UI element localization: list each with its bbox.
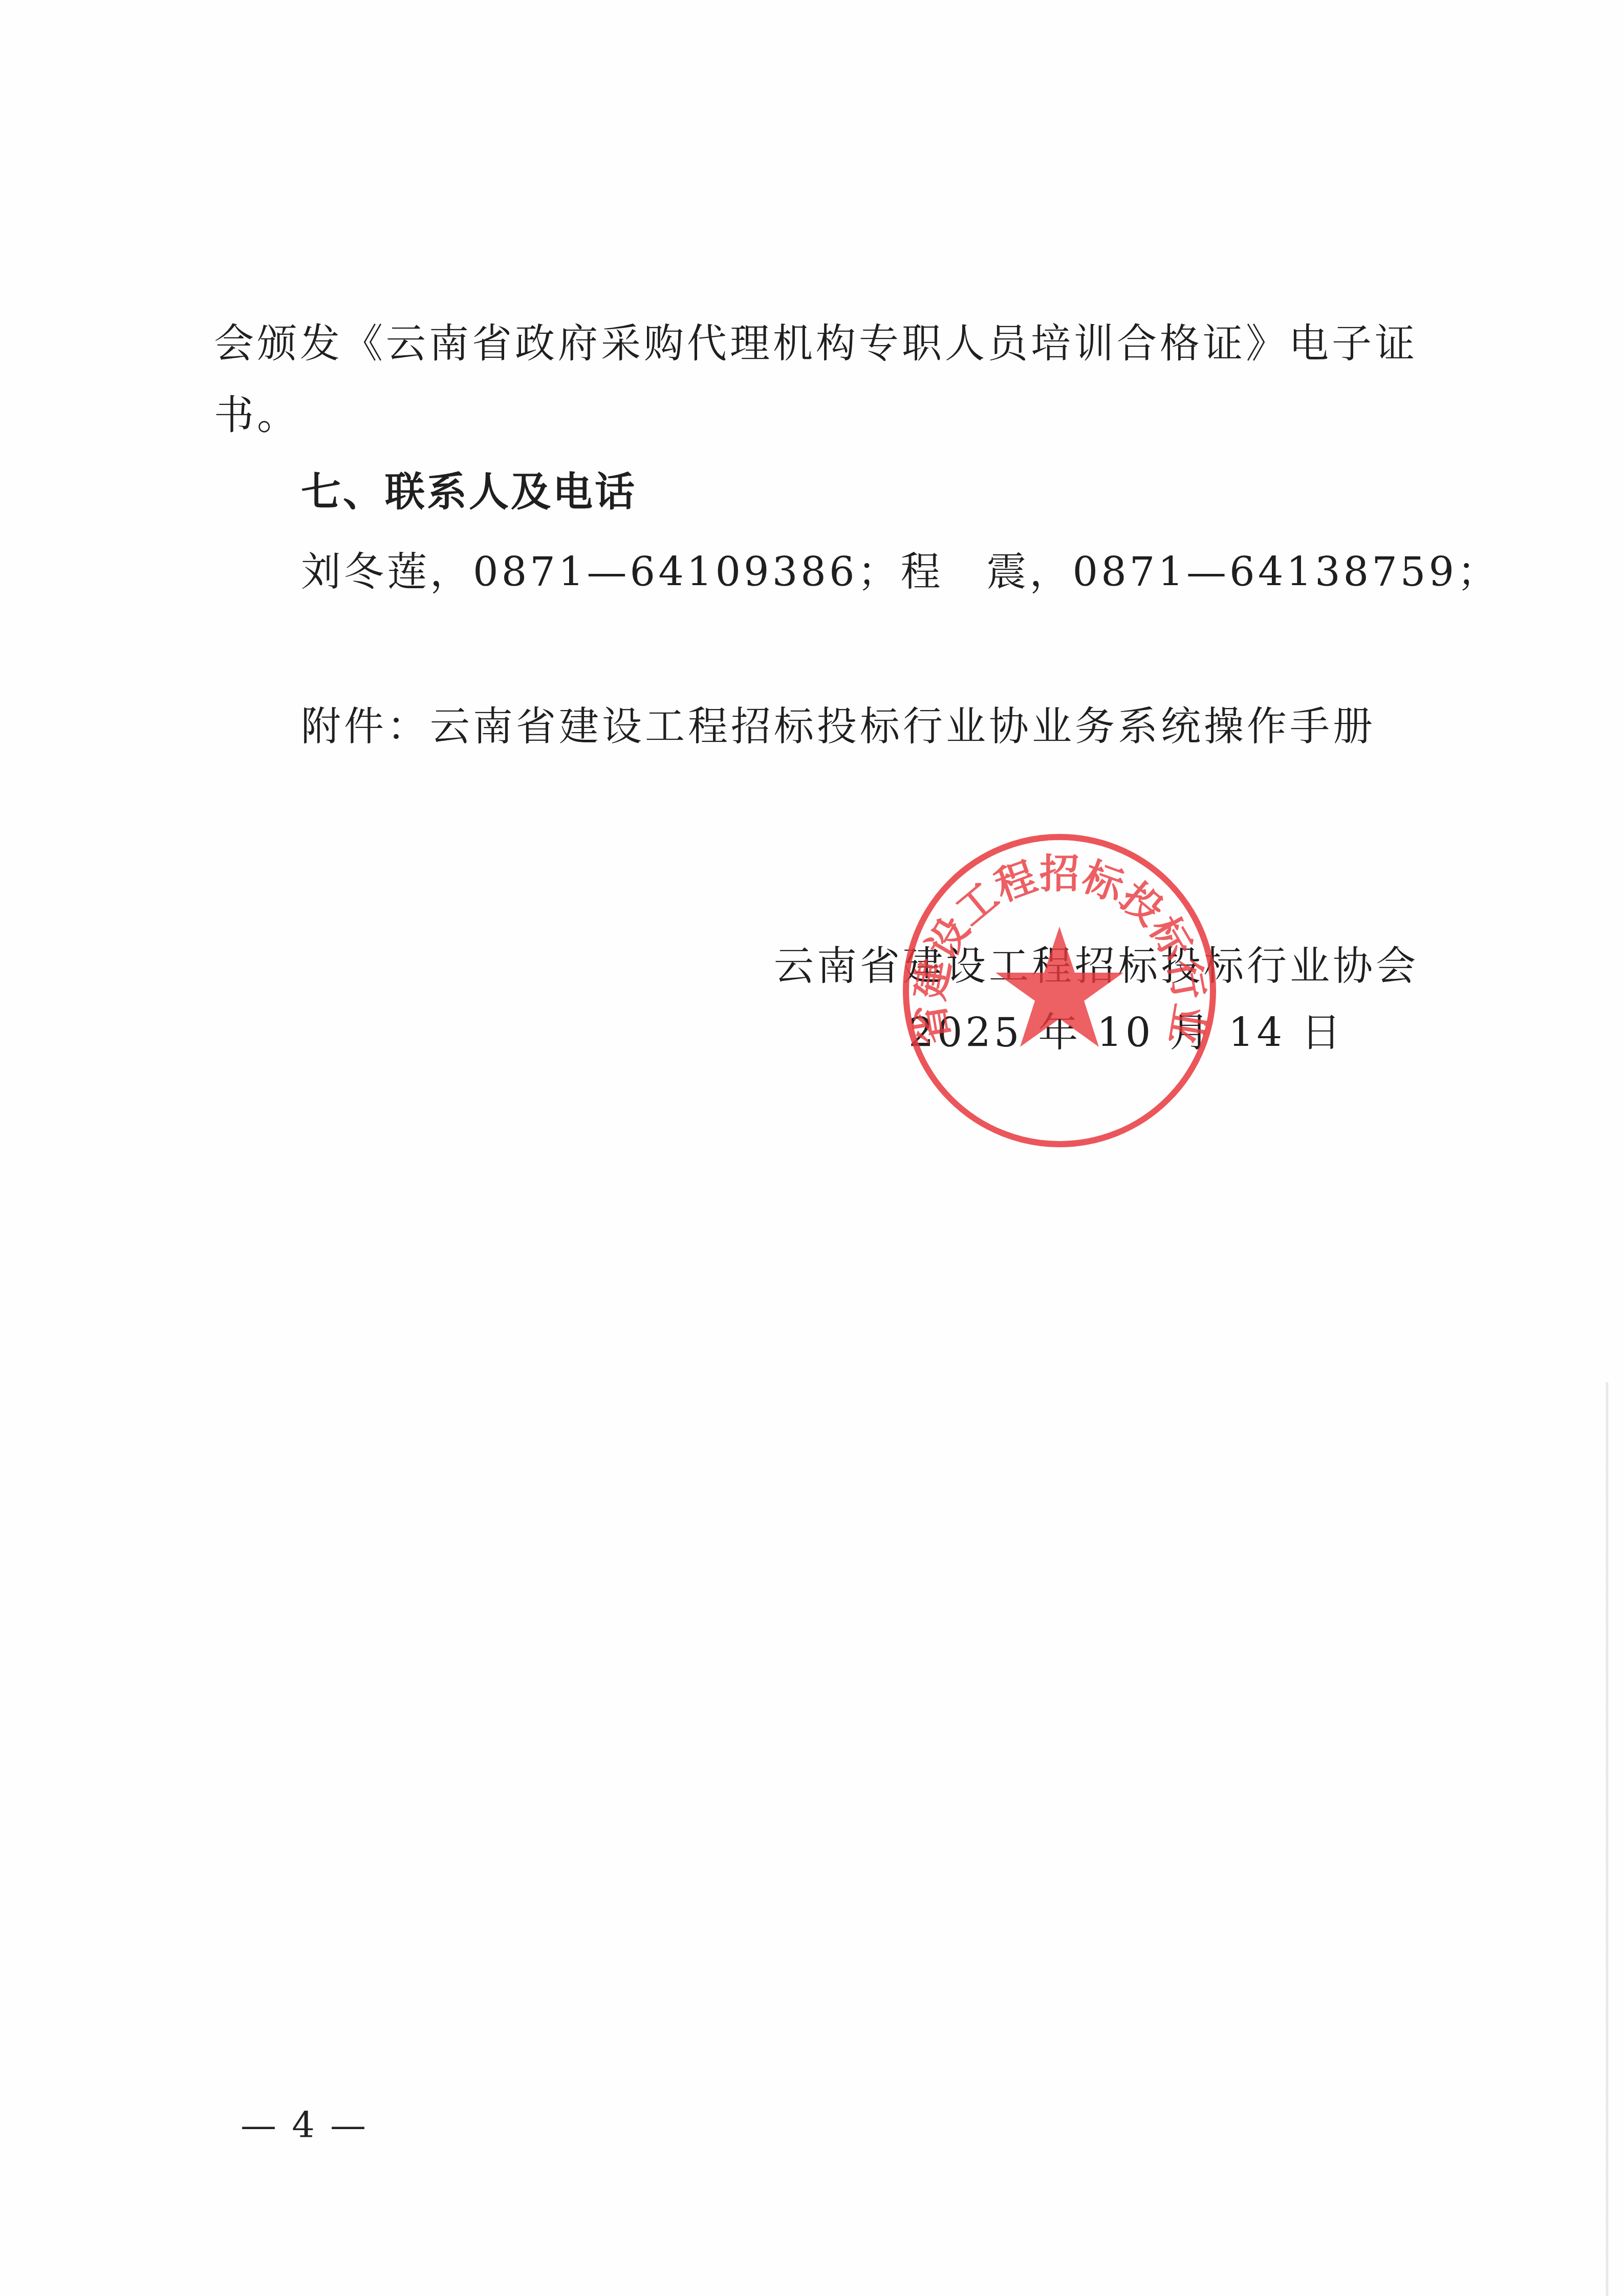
scan-edge-shadow: [1606, 1382, 1609, 2296]
signature-date: 2025 年 10 月 14 日: [908, 1007, 1344, 1059]
signature-organization: 云南省建设工程招标投标行业协会: [774, 941, 1419, 992]
body-text-line: 书。: [214, 390, 300, 441]
body-text-line: 会颁发《云南省政府采购代理机构专职人员培训合格证》电子证: [214, 318, 1418, 370]
page-number: — 4 —: [241, 2104, 368, 2146]
document-page: 会颁发《云南省政府采购代理机构专职人员培训合格证》电子证 书。 七、联系人及电话…: [0, 0, 1624, 2296]
attachment-title: 云南省建设工程招标投标行业协业务系统操作手册: [430, 704, 1376, 750]
attachment-label: 附件：: [301, 704, 430, 750]
contacts-line: 刘冬莲，0871—64109386；程 震，0871—64138759；: [301, 547, 1500, 598]
attachment-line: 附件：云南省建设工程招标投标行业协业务系统操作手册: [301, 701, 1376, 753]
section-heading: 七、联系人及电话: [301, 467, 637, 518]
